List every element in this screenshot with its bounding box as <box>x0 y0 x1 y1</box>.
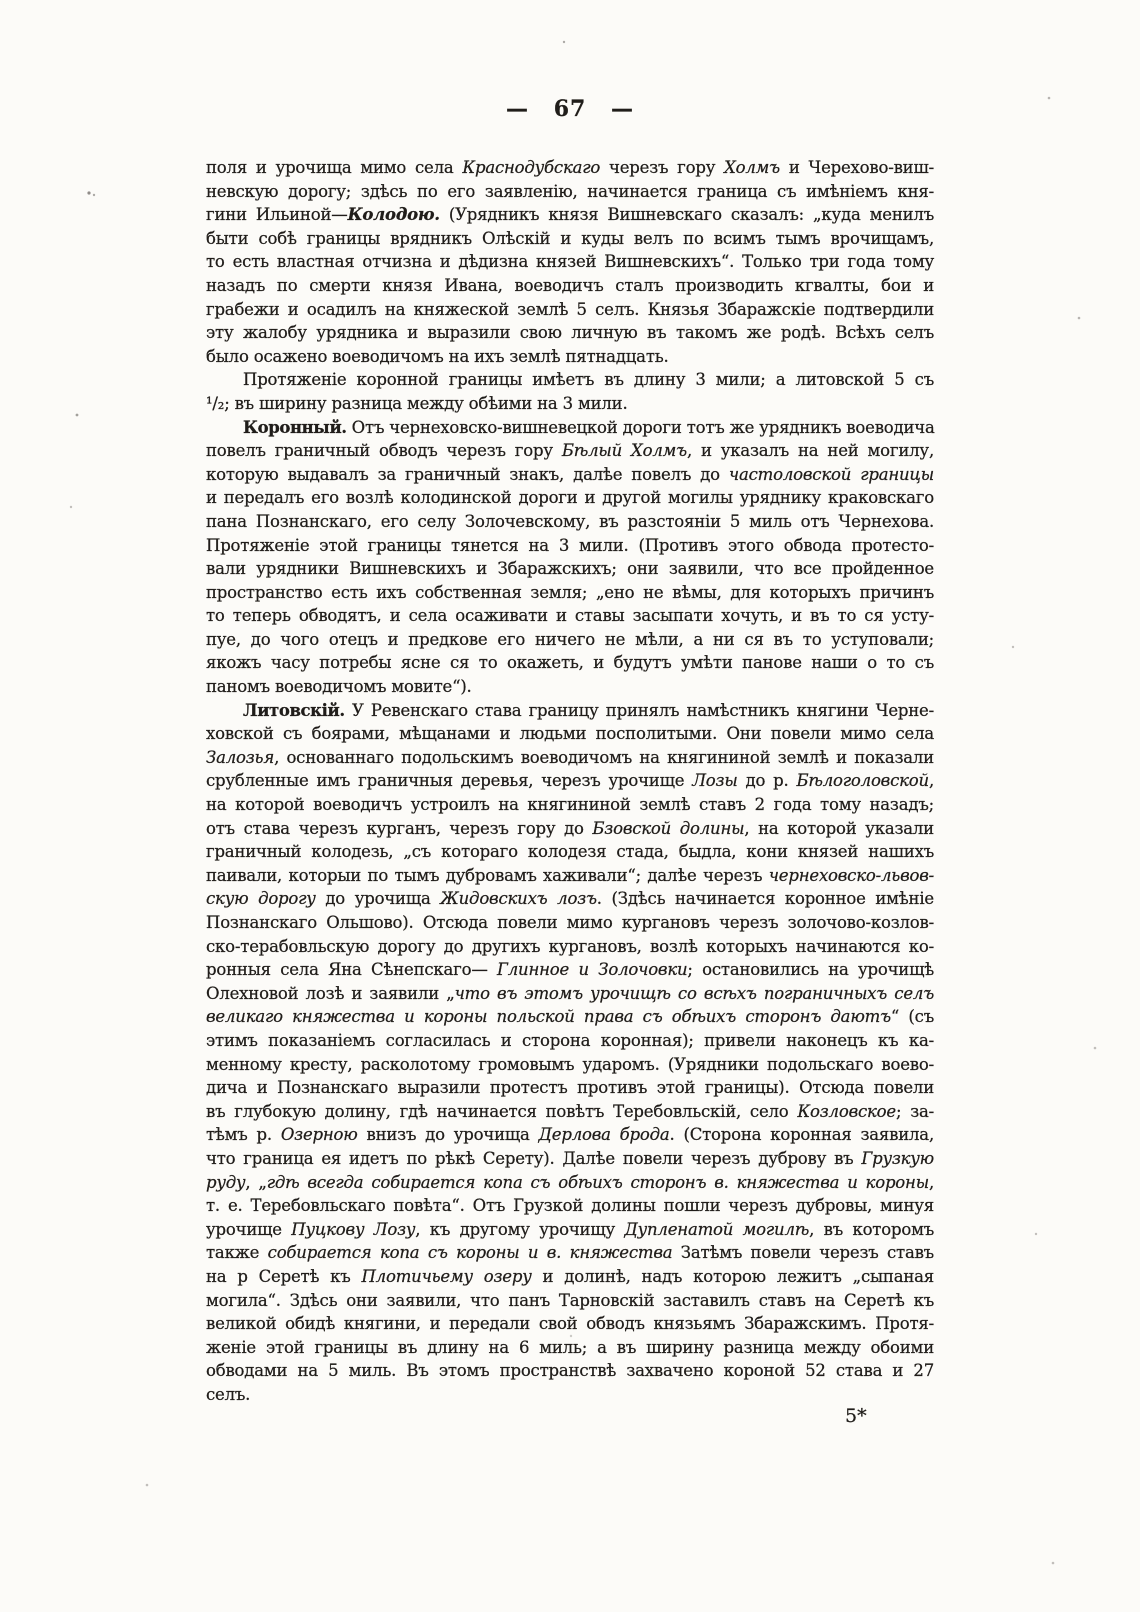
text-run: дича и Познанскаго выразили протестъ про… <box>206 1078 934 1097</box>
text-run: Козловское <box>797 1102 896 1121</box>
text-line: грабежи и осадилъ на княжеской землѣ 5 с… <box>206 298 934 322</box>
text-run: могила“. Здѣсь они заявили, что панъ Тар… <box>206 1291 934 1310</box>
text-line: пространство есть ихъ собственная земля;… <box>206 581 934 605</box>
text-line: которую выдавалъ за граничный знакъ, дал… <box>206 463 934 487</box>
text-run: Коронный. <box>243 418 347 437</box>
text-run: повелъ граничный обводъ черезъ гору <box>206 441 562 460</box>
text-run: гдѣ всегда собирается копа съ обѣихъ сто… <box>267 1173 929 1192</box>
text-run: Жидовскихъ лозъ <box>440 889 597 908</box>
text-run: Литовскій. <box>243 701 345 720</box>
text-run: руду <box>206 1173 245 1192</box>
text-line: въ глубокую долину, гдѣ начинается повѣт… <box>206 1100 934 1124</box>
text-run: Олехновой лозѣ и заявили „ <box>206 984 455 1003</box>
text-run: ско-терабовльскую дорогу до другихъ кург… <box>206 937 934 956</box>
text-line: повелъ граничный обводъ черезъ гору Бѣлы… <box>206 439 934 463</box>
text-run: черезъ гору <box>600 158 724 177</box>
text-line: могила“. Здѣсь они заявили, что панъ Тар… <box>206 1289 934 1313</box>
text-run: т. е. Теребовльскаго повѣта“. Отъ Грузко… <box>206 1196 934 1215</box>
text-line: на которой воеводичъ устроилъ на княгини… <box>206 793 934 817</box>
text-run: пуе, до чого отецъ и предкове его ничего… <box>206 630 934 649</box>
text-run: и передалъ его возлѣ колодинской дороги … <box>206 488 934 507</box>
text-run: женіе этой границы въ длину на 6 миль; а… <box>206 1338 934 1357</box>
text-run: ховской съ боярами, мѣщанами и людьми по… <box>206 724 934 743</box>
text-run: и долинѣ, надъ которою лежитъ „сыпаная <box>532 1267 934 1286</box>
text-run: Холмъ <box>724 158 780 177</box>
text-line: ¹/₂; въ ширину разница между обѣими на 3… <box>206 392 934 416</box>
page-number: — 67 — <box>206 96 934 122</box>
text-run: Залозья <box>206 748 274 767</box>
text-line: было осажено воеводичомъ на ихъ землѣ пя… <box>206 345 934 369</box>
text-line: ско-терабовльскую дорогу до другихъ кург… <box>206 935 934 959</box>
text-run: Затѣмъ повели черезъ ставъ <box>672 1243 934 1262</box>
text-run: урочище <box>206 1220 291 1239</box>
text-run: которую выдавалъ за граничный знакъ, дал… <box>206 465 729 484</box>
text-run: “ (съ <box>891 1007 934 1026</box>
text-run: пана Познанскаго, его селу Золочевскому,… <box>206 512 934 531</box>
text-line: ронныя села Яна Сѣнепскаго— Глинное и Зо… <box>206 958 934 982</box>
text-run: великой обидѣ княгини, и передали свой о… <box>206 1314 934 1333</box>
text-run: срубленные имъ граничныя деревья, черезъ… <box>206 771 692 790</box>
text-run: обводами на 5 миль. Въ этомъ пространств… <box>206 1361 934 1380</box>
text-run: Плотичьему озеру <box>361 1267 531 1286</box>
text-run: ронныя села Яна Сѣнепскаго— <box>206 960 497 979</box>
text-line: Коронный. Отъ чернеховско-вишневецкой до… <box>206 416 934 440</box>
text-line: урочище Пуцкову Лозу, къ другому урочищу… <box>206 1218 934 1242</box>
text-line: этимъ показаніемъ согласилась и сторона … <box>206 1029 934 1053</box>
scanned-page: — 67 — поля и урочища мимо села Красноду… <box>0 0 1140 1612</box>
text-run: паивали, которыи по тымъ дубровамъ хажив… <box>206 866 769 885</box>
text-run: внизъ до урочища <box>358 1125 539 1144</box>
text-line: руду, „гдѣ всегда собирается копа съ обѣ… <box>206 1171 934 1195</box>
text-run: Пуцкову Лозу <box>291 1220 415 1239</box>
text-run: , и указалъ на ней могилу, <box>687 441 934 460</box>
text-run: (Урядникъ князя Вишневскаго сказалъ: „ку… <box>440 205 934 224</box>
text-run: ; за- <box>896 1102 934 1121</box>
text-run: быти собѣ границы врядникъ Олѣскій и куд… <box>206 229 934 248</box>
text-line: пана Познанскаго, его селу Золочевскому,… <box>206 510 934 534</box>
text-line: поля и урочища мимо села Краснодубскаго … <box>206 156 934 180</box>
text-run: , къ другому урочищу <box>415 1220 624 1239</box>
text-run: , на которой указали <box>744 819 934 838</box>
text-line: быти собѣ границы врядникъ Олѣскій и куд… <box>206 227 934 251</box>
text-run: , <box>929 771 934 790</box>
text-run: отъ става черезъ курганъ, черезъ гору до <box>206 819 592 838</box>
text-line: менному кресту, расколотому громовымъ уд… <box>206 1053 934 1077</box>
text-line: эту жалобу урядника и выразили свою личн… <box>206 321 934 345</box>
text-run: то теперь обводятъ, и села осаживати и с… <box>206 606 934 625</box>
text-run: и Черехово-виш- <box>780 158 934 177</box>
text-run: . (Здѣсь начинается коронное имѣніе <box>597 889 934 908</box>
text-line: великой обидѣ княгини, и передали свой о… <box>206 1312 934 1336</box>
text-run: Глинное и Золочовки <box>497 960 687 979</box>
text-run: чернеховско-львов- <box>769 866 934 885</box>
text-run: ¹/₂; въ ширину разница между обѣими на 3… <box>206 394 628 413</box>
text-run: , въ которомъ <box>809 1220 934 1239</box>
text-line: Познанскаго Ольшово). Отсюда повели мимо… <box>206 911 934 935</box>
text-run: Бѣлый Холмъ <box>562 441 687 460</box>
scan-speckles <box>0 0 2 2</box>
text-line: женіе этой границы въ длину на 6 миль; а… <box>206 1336 934 1360</box>
text-run: Бѣлоголовской <box>796 771 929 790</box>
text-line: и передалъ его возлѣ колодинской дороги … <box>206 486 934 510</box>
text-line: паномъ воеводичомъ мовите“). <box>206 675 934 699</box>
text-line: то теперь обводятъ, и села осаживати и с… <box>206 604 934 628</box>
text-run: гини Ильиной— <box>206 205 348 224</box>
text-line: селъ. <box>206 1383 934 1407</box>
text-run: что въ этомъ урочищѣ со всѣхъ пограничны… <box>455 984 934 1003</box>
text-run: Дерлова брода <box>539 1125 670 1144</box>
text-line: тѣмъ р. Озерною внизъ до урочища Дерлова… <box>206 1123 934 1147</box>
text-run: , <box>929 1173 934 1192</box>
text-line: Залозья, основаннаго подольскимъ воеводи… <box>206 746 934 770</box>
text-run: великаго княжества и короны польской пра… <box>206 1007 891 1026</box>
text-line: невскую дорогу; здѣсь по его заявленію, … <box>206 180 934 204</box>
text-run: якожъ часу потребы ясне ся то окажеть, и… <box>206 653 934 672</box>
text-line: на р Серетѣ къ Плотичьему озеру и долинѣ… <box>206 1265 934 1289</box>
text-run: до урочища <box>316 889 441 908</box>
text-line: дича и Познанскаго выразили протестъ про… <box>206 1076 934 1100</box>
text-line: якожъ часу потребы ясне ся то окажеть, и… <box>206 651 934 675</box>
text-run: то есть властная отчизна и дѣдизна князе… <box>206 252 934 271</box>
text-run: этимъ показаніемъ согласилась и сторона … <box>206 1031 934 1050</box>
text-line: великаго княжества и короны польской пра… <box>206 1005 934 1029</box>
text-line: Протяженіе этой границы тянется на 3 мил… <box>206 534 934 558</box>
text-run: частоловской границы <box>729 465 934 484</box>
text-run: на р Серетѣ къ <box>206 1267 361 1286</box>
text-run: Грузкую <box>861 1149 934 1168</box>
text-line: назадъ по смерти князя Ивана, воеводичъ … <box>206 274 934 298</box>
text-line: паивали, которыи по тымъ дубровамъ хажив… <box>206 864 934 888</box>
text-run: до р. <box>738 771 797 790</box>
text-run: пространство есть ихъ собственная земля;… <box>206 583 934 602</box>
text-line: то есть властная отчизна и дѣдизна князе… <box>206 250 934 274</box>
text-run: , основаннаго подольскимъ воеводичомъ на… <box>274 748 934 767</box>
text-run: селъ. <box>206 1385 250 1404</box>
text-run: скую дорогу <box>206 889 316 908</box>
text-block: поля и урочища мимо села Краснодубскаго … <box>206 156 934 1406</box>
text-run: эту жалобу урядника и выразили свою личн… <box>206 323 934 342</box>
text-run: невскую дорогу; здѣсь по его заявленію, … <box>206 182 934 201</box>
text-run: Протяженіе коронной границы имѣетъ въ дл… <box>243 370 934 389</box>
text-run: Бзовской долины <box>592 819 744 838</box>
text-line: срубленные имъ граничныя деревья, черезъ… <box>206 769 934 793</box>
signature-mark: 5* <box>845 1405 867 1427</box>
text-line: что граница ея идетъ по рѣкѣ Серету). Да… <box>206 1147 934 1171</box>
text-line: ховской съ боярами, мѣщанами и людьми по… <box>206 722 934 746</box>
text-run: поля и урочища мимо села <box>206 158 462 177</box>
text-line: Литовскій. У Ревенскаго става границу пр… <box>206 699 934 723</box>
text-run: Дупленатой могилѣ <box>624 1220 809 1239</box>
text-run: ; остановились на урочищѣ <box>687 960 934 979</box>
text-line: гини Ильиной—Колодою. (Урядникъ князя Ви… <box>206 203 934 227</box>
text-line: также собирается копа съ короны и в. кня… <box>206 1241 934 1265</box>
text-run: Краснодубскаго <box>462 158 600 177</box>
text-line: Олехновой лозѣ и заявили „что въ этомъ у… <box>206 982 934 1006</box>
text-run: на которой воеводичъ устроилъ на княгини… <box>206 795 934 814</box>
text-line: граничный колодезь, „съ котораго колодез… <box>206 840 934 864</box>
text-line: обводами на 5 миль. Въ этомъ пространств… <box>206 1359 934 1383</box>
text-run: Озерною <box>281 1125 358 1144</box>
text-run: . (Сторона коронная заявила, <box>670 1125 934 1144</box>
text-run: , „ <box>245 1173 266 1192</box>
text-run: также <box>206 1243 268 1262</box>
text-run: паномъ воеводичомъ мовите“). <box>206 677 472 696</box>
text-run: Познанскаго Ольшово). Отсюда повели мимо… <box>206 913 934 932</box>
text-run: Отъ чернеховско-вишневецкой дороги тотъ … <box>347 418 935 437</box>
text-line: Протяженіе коронной границы имѣетъ въ дл… <box>206 368 934 392</box>
text-run: что граница ея идетъ по рѣкѣ Серету). Да… <box>206 1149 861 1168</box>
text-line: вали урядники Вишневскихъ и Збаражскихъ;… <box>206 557 934 581</box>
text-run: Лозы <box>692 771 737 790</box>
text-run: назадъ по смерти князя Ивана, воеводичъ … <box>206 276 934 295</box>
text-line: скую дорогу до урочища Жидовскихъ лозъ. … <box>206 887 934 911</box>
text-run: вали урядники Вишневскихъ и Збаражскихъ;… <box>206 559 934 578</box>
text-line: т. е. Теребовльскаго повѣта“. Отъ Грузко… <box>206 1194 934 1218</box>
text-run: менному кресту, расколотому громовымъ уд… <box>206 1055 934 1074</box>
text-run: граничный колодезь, „съ котораго колодез… <box>206 842 934 861</box>
text-run: въ глубокую долину, гдѣ начинается повѣт… <box>206 1102 797 1121</box>
text-line: отъ става черезъ курганъ, черезъ гору до… <box>206 817 934 841</box>
text-run: У Ревенскаго става границу принялъ намѣс… <box>345 701 934 720</box>
text-run: грабежи и осадилъ на княжеской землѣ 5 с… <box>206 300 934 319</box>
text-line: пуе, до чого отецъ и предкове его ничего… <box>206 628 934 652</box>
text-run: было осажено воеводичомъ на ихъ землѣ пя… <box>206 347 669 366</box>
text-run: собирается копа съ короны и в. княжества <box>268 1243 673 1262</box>
text-run: Протяженіе этой границы тянется на 3 мил… <box>206 536 934 555</box>
text-run: Колодою. <box>348 205 440 224</box>
text-run: тѣмъ р. <box>206 1125 281 1144</box>
